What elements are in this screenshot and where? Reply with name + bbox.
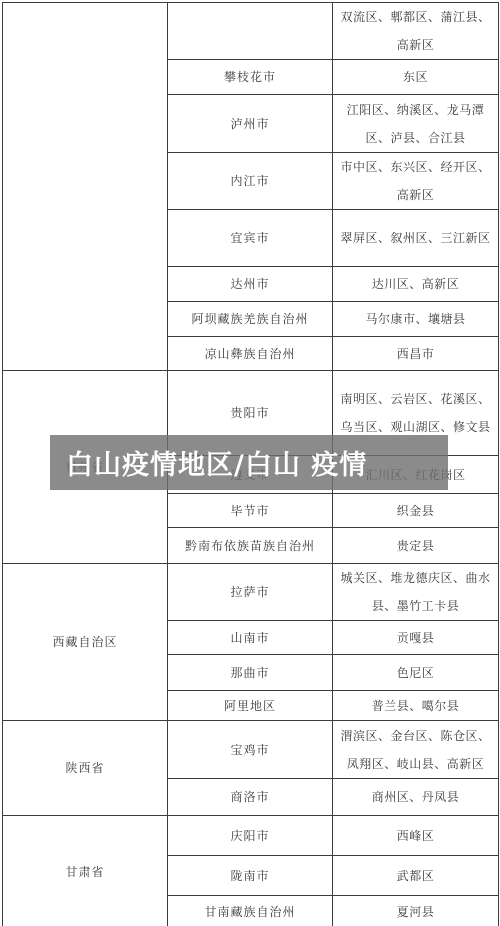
- district-cell: 江阳区、纳溪区、龙马潭区、泸县、合江县: [333, 95, 499, 153]
- city-cell: 那曲市: [168, 655, 333, 691]
- city-cell: 阿坝藏族羌族自治州: [168, 302, 333, 337]
- district-cell: 翠屏区、叙州区、三江新区: [333, 210, 499, 267]
- city-cell: 庆阳市: [168, 816, 333, 856]
- city-cell: 甘南藏族自治州: [168, 896, 333, 926]
- city-cell: 阿里地区: [168, 691, 333, 721]
- table-row: 陕西省 宝鸡市 渭滨区、金台区、陈仓区、凤翔区、岐山县、高新区: [3, 721, 499, 779]
- district-cell: 东区: [333, 60, 499, 95]
- district-cell: 武都区: [333, 856, 499, 896]
- city-cell: 宝鸡市: [168, 721, 333, 779]
- district-cell: 商州区、丹凤县: [333, 779, 499, 816]
- district-cell: 夏河县: [333, 896, 499, 926]
- district-cell: 西峰区: [333, 816, 499, 856]
- city-cell: [168, 3, 333, 60]
- city-cell: 宜宾市: [168, 210, 333, 267]
- district-cell: 织金县: [333, 494, 499, 528]
- title-overlay-banner: 白山疫情地区/白山 疫情: [50, 435, 448, 490]
- district-cell: 城关区、堆龙德庆区、曲水县、墨竹工卡县: [333, 564, 499, 621]
- city-cell: 陇南市: [168, 856, 333, 896]
- city-cell: 商洛市: [168, 779, 333, 816]
- table-row: 甘肃省 庆阳市 西峰区: [3, 816, 499, 856]
- city-cell: 内江市: [168, 153, 333, 210]
- district-cell: 马尔康市、壤塘县: [333, 302, 499, 337]
- district-cell: 普兰县、噶尔县: [333, 691, 499, 721]
- city-cell: 拉萨市: [168, 564, 333, 621]
- district-cell: 达川区、高新区: [333, 267, 499, 302]
- district-cell: 贡嘎县: [333, 621, 499, 655]
- province-cell: 西藏自治区: [3, 564, 168, 721]
- city-cell: 山南市: [168, 621, 333, 655]
- city-cell: 达州市: [168, 267, 333, 302]
- city-cell: 凉山彝族自治州: [168, 337, 333, 371]
- city-cell: 黔南布依族苗族自治州: [168, 528, 333, 564]
- province-cell: 陕西省: [3, 721, 168, 816]
- table-row: 双流区、郫都区、蒲江县、高新区: [3, 3, 499, 60]
- city-cell: 泸州市: [168, 95, 333, 153]
- province-cell: 甘肃省: [3, 816, 168, 926]
- table-row: 西藏自治区 拉萨市 城关区、堆龙德庆区、曲水县、墨竹工卡县: [3, 564, 499, 621]
- district-cell: 西昌市: [333, 337, 499, 371]
- district-cell: 色尼区: [333, 655, 499, 691]
- province-cell: [3, 3, 168, 371]
- district-cell: 渭滨区、金台区、陈仓区、凤翔区、岐山县、高新区: [333, 721, 499, 779]
- city-cell: 毕节市: [168, 494, 333, 528]
- city-cell: 攀枝花市: [168, 60, 333, 95]
- district-cell: 双流区、郫都区、蒲江县、高新区: [333, 3, 499, 60]
- overlay-title: 白山疫情地区/白山 疫情: [66, 443, 367, 482]
- district-cell: 贵定县: [333, 528, 499, 564]
- district-cell: 市中区、东兴区、经开区、高新区: [333, 153, 499, 210]
